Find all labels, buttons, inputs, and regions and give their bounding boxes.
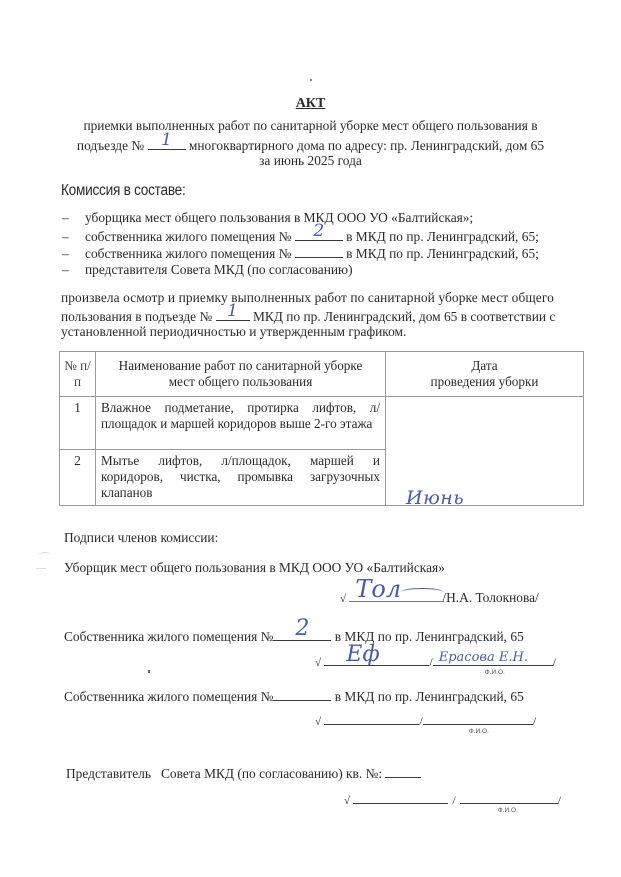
header-date-line2: проведения уборки [390,374,579,390]
commission-member-owner-2: –собственника жилого помещения № в МКД п… [62,244,539,262]
owner-1-name-field[interactable]: Ерасова Е.Н. Ф.И.О. [433,652,553,666]
statement-line1: произвела осмотр и приемку выполненных р… [61,290,554,306]
owner-1-apartment-value: 2 [295,223,343,240]
scan-mark [36,568,46,569]
owner-2-prefix: Собственника жилого помещения № [64,689,273,704]
row-num: 2 [60,450,96,506]
member-prefix: собственника жилого помещения № [85,246,291,261]
cleaner-label: Уборщик мест общего пользования в МКД ОО… [64,560,445,576]
cleaner-signature-field[interactable]: Тол [349,588,444,602]
bullet-dash: – [62,262,85,278]
row-num: 1 [60,397,96,450]
statement-entrance-label: пользования в подъезде № [61,309,212,324]
council-label: Представитель Совета МКД (по согласовани… [66,766,382,781]
cleaner-signature-row: √ Тол /Н.А. Толокнова/ [340,588,539,606]
owner-2-signature-row: √ / Ф.И.О. / [315,711,536,729]
owner-1-prefix: Собственника жилого помещения № [64,629,273,644]
slash-separator: / [558,793,561,807]
check-mark: √ [344,795,350,807]
scan-speck [148,670,150,673]
check-mark: √ [315,716,321,728]
owner-1-apartment-field[interactable]: 2 [295,227,343,241]
header-date-line1: Дата [390,358,579,374]
owner-2-signature-field[interactable] [324,711,419,725]
bullet-dash: – [62,246,85,262]
cleaner-signature: Тол [355,575,401,603]
subtitle-entrance-value: 1 [148,132,186,149]
statement-address: МКД по пр. Ленинградский, дом 65 в соотв… [253,309,555,324]
owner-1-name: Ерасова Е.Н. [439,650,528,665]
subtitle-entrance-field[interactable]: 1 [148,136,186,150]
council-label-row: Представитель Совета МКД (по согласовани… [66,764,421,782]
council-apartment-field[interactable] [385,764,421,778]
document-subtitle-line2: подъезде № 1 многоквартирного дома по ад… [0,136,621,154]
document-period: за июнь 2025 года [0,153,621,169]
statement-entrance-field[interactable]: 1 [216,307,250,321]
member-suffix: в МКД по пр. Ленинградский, 65; [346,229,539,244]
council-name-field[interactable]: Ф.И.О. [460,790,558,804]
row-work-name: Влажное подметание, протирка лифтов, л/п… [96,397,386,450]
header-date: Дата проведения уборки [386,352,584,397]
check-mark: √ [315,657,321,669]
document-subtitle-line1: приемки выполненных работ по санитарной … [0,118,621,134]
date-value: Июнь [406,490,464,506]
slash-separator: / [452,793,455,807]
fio-caption: Ф.И.О. [469,728,489,735]
member-prefix: собственника жилого помещения № [85,229,291,244]
table-header-row: № п/п Наименование работ по санитарной у… [60,352,584,397]
statement-line3: установленной периодичностью и утвержден… [61,324,406,340]
statement-entrance-value: 1 [216,303,250,320]
fio-caption: Ф.И.О. [498,807,518,814]
subtitle-address: многоквартирного дома по адресу: пр. Лен… [189,138,544,153]
row-work-name: Мытье лифтов, л/площадок, маршей и корид… [96,450,386,506]
commission-member-cleaner: –уборщика мест общего пользования в МКД … [62,210,473,226]
commission-member-owner-1: –собственника жилого помещения № 2 в МКД… [62,227,539,245]
owner-1-signature-apartment-value: 2 [273,618,331,640]
works-table: № п/п Наименование работ по санитарной у… [59,351,584,506]
bullet-dash: – [62,210,85,226]
owner-2-apartment-field[interactable] [295,244,343,258]
owner-2-label: Собственника жилого помещения № в МКД по… [64,687,524,705]
owner-2-name-field[interactable]: Ф.И.О. [423,711,533,725]
table-row: 1 Влажное подметание, протирка лифтов, л… [60,397,584,450]
header-work-name: Наименование работ по санитарной уборке … [96,352,386,397]
header-num: № п/п [60,352,96,397]
subtitle-entrance-label: подъезде № [77,138,144,153]
member-text: уборщика мест общего пользования в МКД О… [85,210,473,225]
owner-1-signature-row: √ Еф / Ерасова Е.Н. Ф.И.О. / [315,652,556,670]
slash-separator: / [553,655,556,669]
scan-speck [310,79,312,81]
commission-member-council: –представителя Совета МКД (по согласован… [62,262,353,278]
cleaner-name: /Н.А. Толокнова/ [442,590,538,605]
date-cell[interactable]: Июнь [386,397,584,506]
signature-flourish [401,588,443,596]
check-mark: √ [340,593,346,605]
owner-1-label: Собственника жилого помещения №2 в МКД п… [64,627,524,645]
owner-1-signature-apartment-field[interactable]: 2 [273,627,331,641]
bullet-dash: – [62,229,85,245]
owner-1-signature-field[interactable]: Еф [324,652,429,666]
scan-mark [38,552,52,558]
statement-line2: пользования в подъезде № 1 МКД по пр. Ле… [61,307,555,325]
member-text: представителя Совета МКД (по согласовани… [85,262,353,277]
council-signature-row: √ / Ф.И.О. / [344,790,561,808]
member-suffix: в МКД по пр. Ленинградский, 65; [346,246,539,261]
commission-heading: Комиссия в составе: [61,182,186,200]
slash-separator: / [533,714,536,728]
document-title: АКТ [0,96,621,112]
fio-caption: Ф.И.О. [485,669,505,676]
owner-1-signature: Еф [346,642,379,667]
signatures-heading: Подписи членов комиссии: [64,530,218,546]
owner-2-signature-apartment-field[interactable] [273,687,331,701]
owner-2-suffix: в МКД по пр. Ленинградский, 65 [335,689,524,704]
council-signature-field[interactable] [353,790,448,804]
